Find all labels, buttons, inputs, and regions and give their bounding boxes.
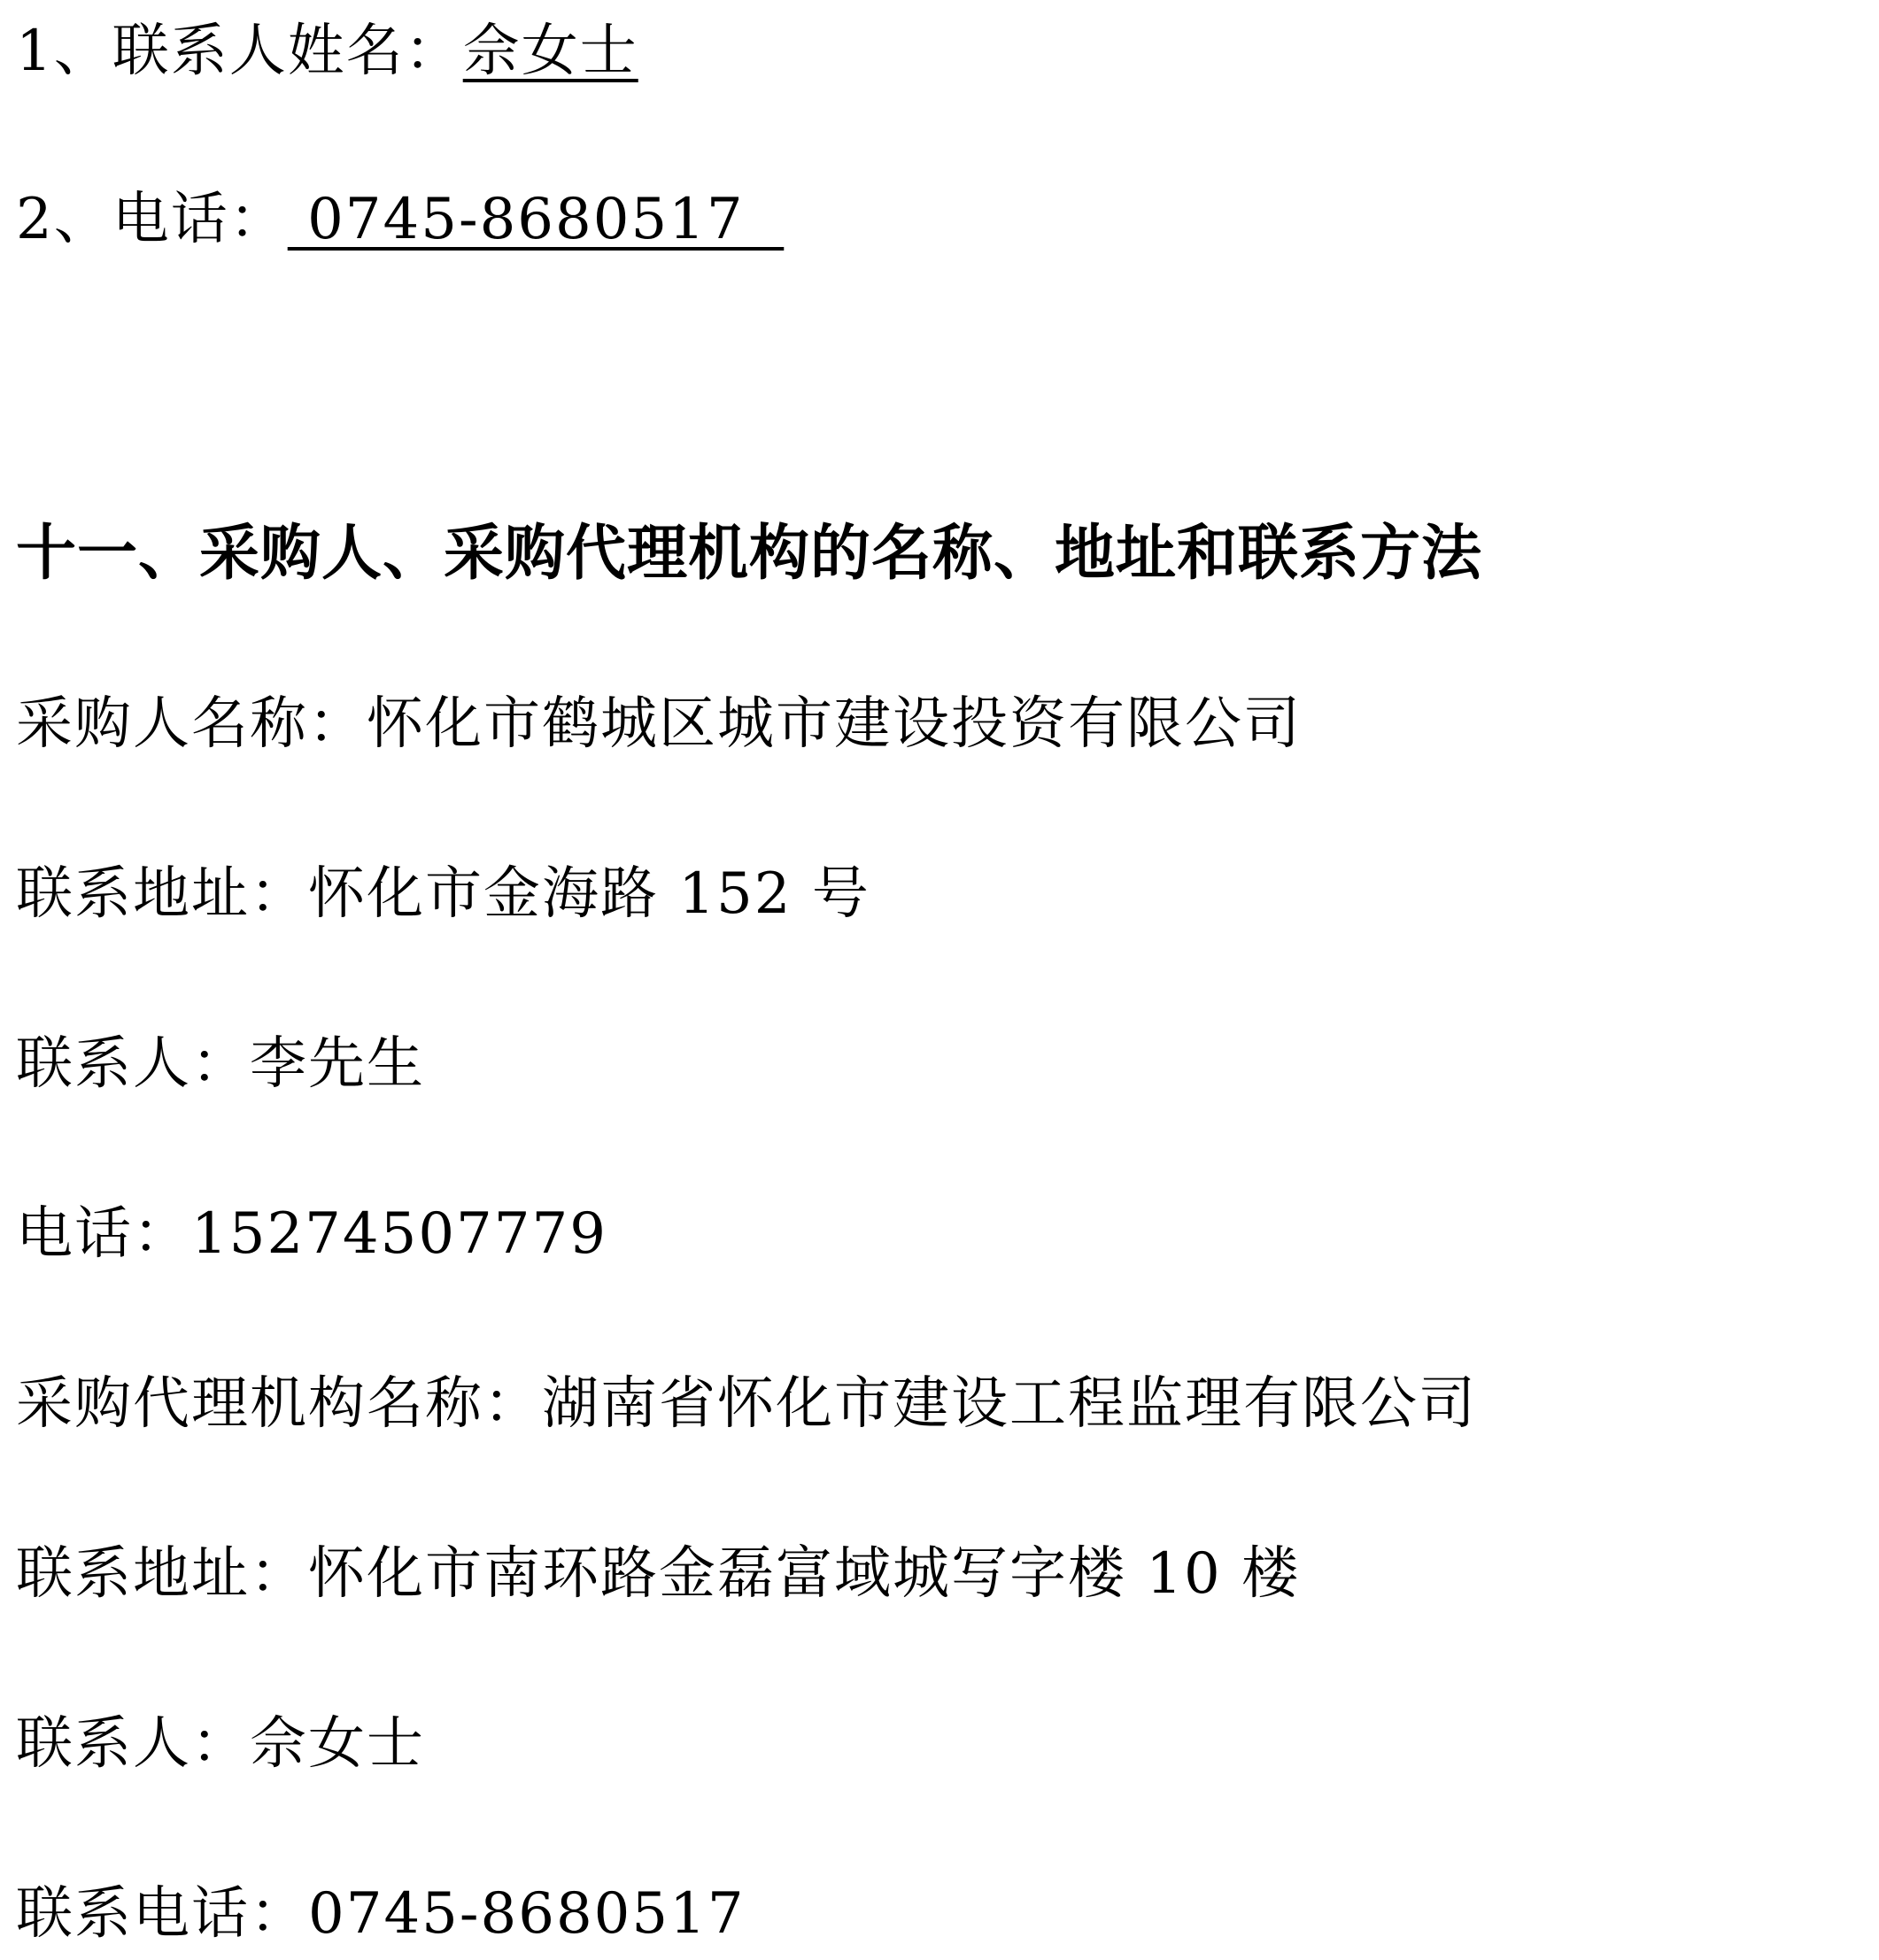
agency-name-value: 湖南省怀化市建设工程监理有限公司 bbox=[542, 1371, 1477, 1437]
agency-name-label: 采购代理机构名称： bbox=[16, 1371, 542, 1437]
agency-address-label: 联系地址： bbox=[16, 1541, 308, 1607]
purchaser-phone-value: 15274507779 bbox=[191, 1201, 607, 1267]
purchaser-contact-label: 联系人： bbox=[16, 1031, 250, 1097]
contact-name-label: 1、联系人姓名： bbox=[16, 19, 463, 84]
purchaser-contact-value: 李先生 bbox=[250, 1031, 425, 1097]
agency-address-line: 联系地址：怀化市南环路金磊富域城写字楼 10 楼 bbox=[16, 1539, 1300, 1609]
purchaser-address-value: 怀化市金海路 152 号 bbox=[308, 861, 870, 927]
agency-phone-value: 0745-8680517 bbox=[308, 1881, 746, 1947]
purchaser-name-label: 采购人名称： bbox=[16, 691, 367, 757]
agency-phone-line: 联系电话：0745-8680517 bbox=[16, 1879, 746, 1949]
section-heading: 十一、采购人、采购代理机构的名称、地址和联系方法 bbox=[16, 519, 1482, 590]
purchaser-address-label: 联系地址： bbox=[16, 861, 308, 927]
contact-phone-label: 2、电话： bbox=[16, 187, 288, 252]
agency-contact-label: 联系人： bbox=[16, 1711, 250, 1777]
contact-name-line: 1、联系人姓名：佘女士 bbox=[16, 16, 638, 87]
purchaser-phone-label: 电话： bbox=[16, 1201, 191, 1267]
agency-name-line: 采购代理机构名称：湖南省怀化市建设工程监理有限公司 bbox=[16, 1369, 1477, 1439]
contact-phone-line: 2、电话： 0745-8680517 bbox=[16, 184, 784, 255]
agency-address-value: 怀化市南环路金磊富域城写字楼 10 楼 bbox=[308, 1541, 1300, 1607]
agency-contact-line: 联系人：佘女士 bbox=[16, 1709, 425, 1779]
purchaser-contact-line: 联系人：李先生 bbox=[16, 1029, 425, 1100]
contact-phone-value: 0745-8680517 bbox=[288, 187, 785, 252]
purchaser-name-line: 采购人名称：怀化市鹤城区城市建设投资有限公司 bbox=[16, 689, 1302, 760]
purchaser-name-value: 怀化市鹤城区城市建设投资有限公司 bbox=[367, 691, 1302, 757]
purchaser-address-line: 联系地址：怀化市金海路 152 号 bbox=[16, 859, 870, 930]
agency-phone-label: 联系电话： bbox=[16, 1881, 308, 1947]
agency-contact-value: 佘女士 bbox=[250, 1711, 425, 1777]
purchaser-phone-line: 电话：15274507779 bbox=[16, 1199, 607, 1269]
contact-name-value: 佘女士 bbox=[463, 19, 638, 84]
